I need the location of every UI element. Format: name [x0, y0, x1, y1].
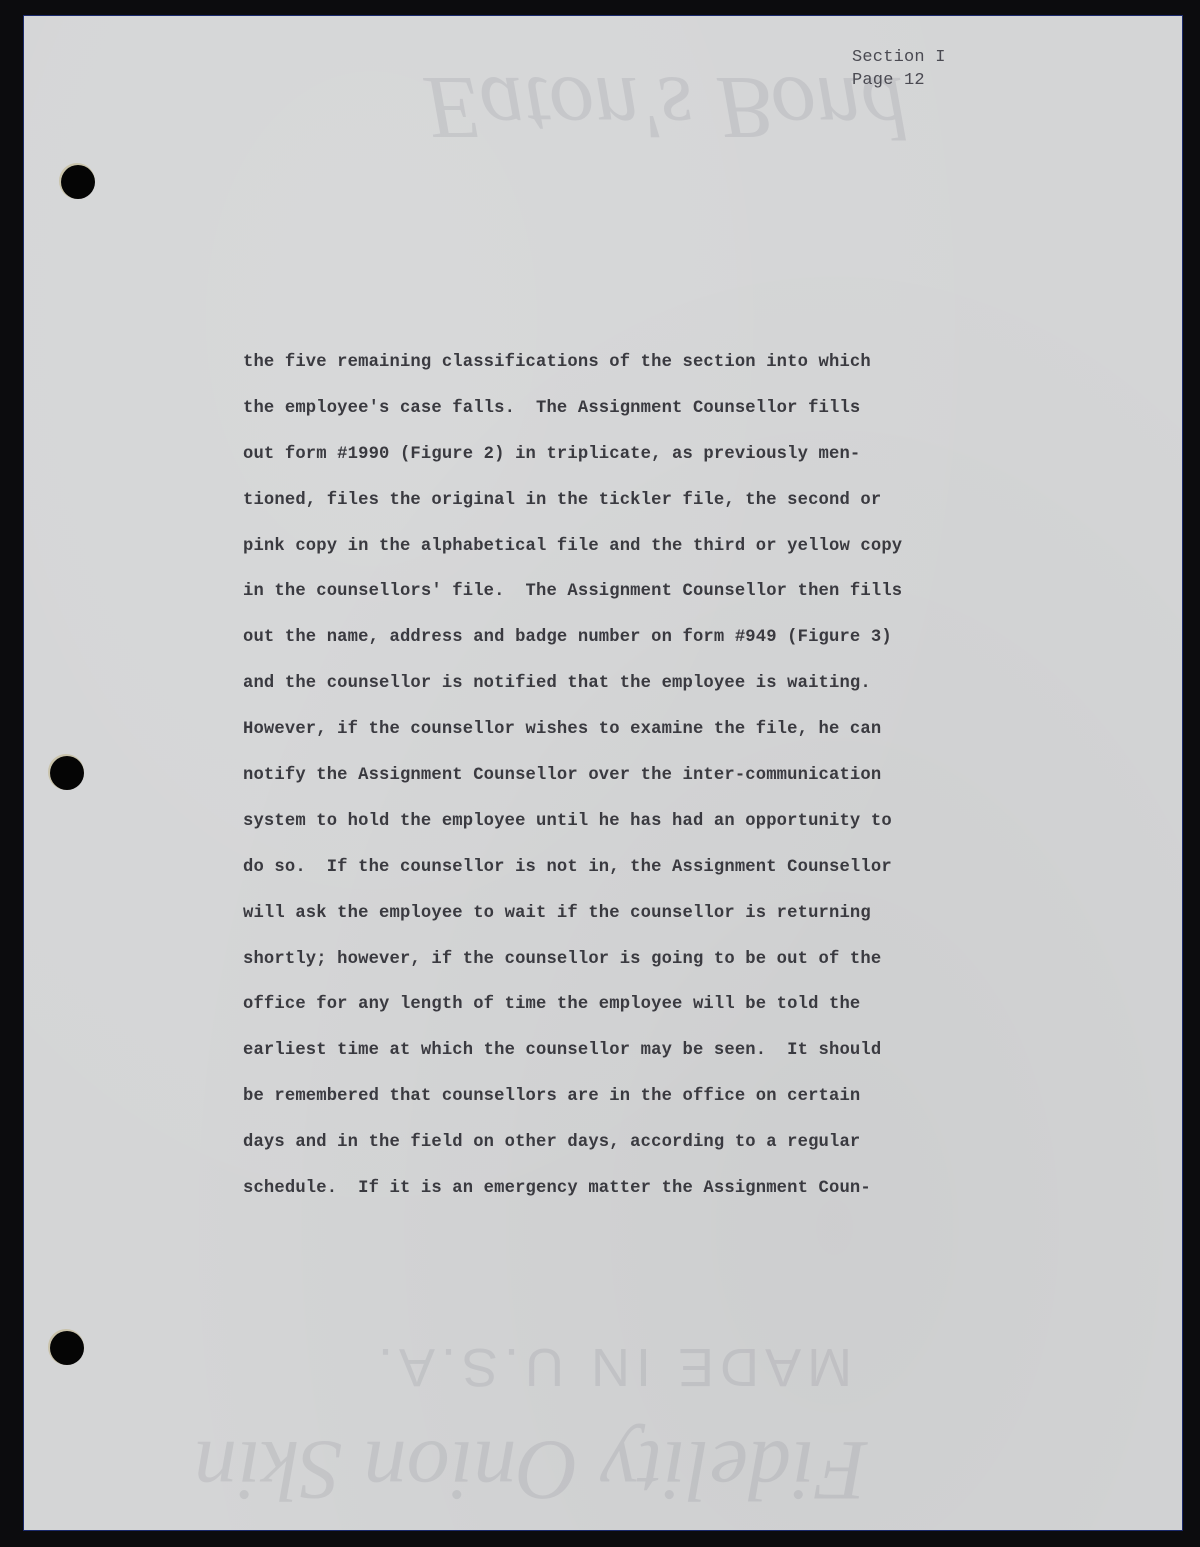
text-line: shortly; however, if the counsellor is g…: [243, 937, 1003, 983]
text-line: will ask the employee to wait if the cou…: [243, 891, 1003, 937]
text-line: system to hold the employee until he has…: [243, 799, 1003, 845]
text-line: pink copy in the alphabetical file and t…: [243, 524, 1003, 570]
text-line: days and in the field on other days, acc…: [243, 1120, 1003, 1166]
watermark-brand: Fidelity Onion Skin: [194, 1421, 868, 1521]
punch-hole-bottom: [50, 1331, 84, 1365]
punch-hole-top: [61, 165, 95, 199]
text-line: notify the Assignment Counsellor over th…: [243, 753, 1003, 799]
body-paragraph: the five remaining classifications of th…: [243, 340, 1003, 1212]
text-line: be remembered that counsellors are in th…: [243, 1074, 1003, 1120]
watermark-made-in: MADE IN U.S.A.: [372, 1336, 852, 1398]
text-line: do so. If the counsellor is not in, the …: [243, 845, 1003, 891]
text-line: schedule. If it is an emergency matter t…: [243, 1166, 1003, 1212]
punch-hole-middle: [50, 756, 84, 790]
text-line: out form #1990 (Figure 2) in triplicate,…: [243, 432, 1003, 478]
text-line: the employee's case falls. The Assignmen…: [243, 386, 1003, 432]
text-line: tioned, files the original in the tickle…: [243, 478, 1003, 524]
text-line: out the name, address and badge number o…: [243, 615, 1003, 661]
text-line: the five remaining classifications of th…: [243, 340, 1003, 386]
watermark-top: Eaton's Bond: [424, 56, 906, 159]
text-line: and the counsellor is notified that the …: [243, 661, 1003, 707]
text-line: in the counsellors' file. The Assignment…: [243, 569, 1003, 615]
page-header: Section I Page 12: [852, 46, 946, 92]
section-label: Section I: [852, 46, 946, 69]
document-page: Eaton's Bond MADE IN U.S.A. Fidelity Oni…: [24, 16, 1182, 1530]
page-number: Page 12: [852, 69, 946, 92]
text-line: office for any length of time the employ…: [243, 982, 1003, 1028]
text-line: earliest time at which the counsellor ma…: [243, 1028, 1003, 1074]
text-line: However, if the counsellor wishes to exa…: [243, 707, 1003, 753]
